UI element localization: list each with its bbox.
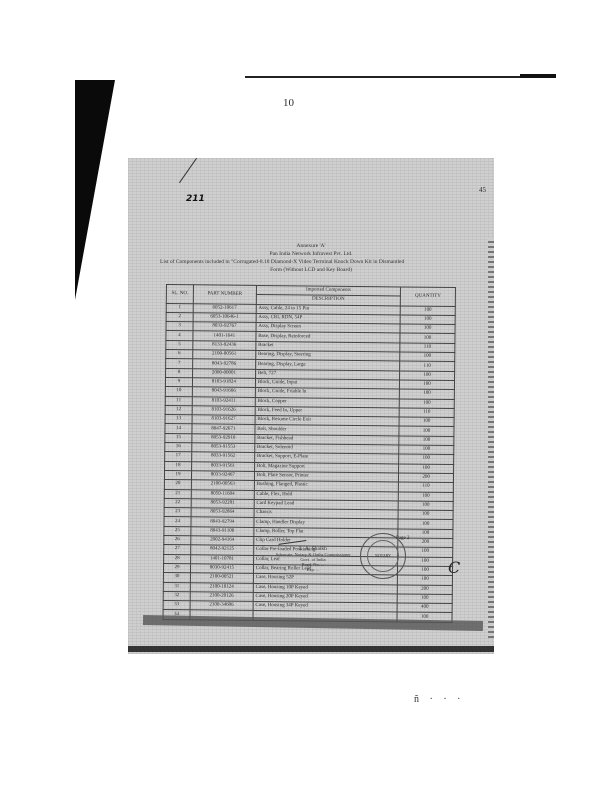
cell-sl-no: 10 [165, 387, 192, 397]
scan-edge-right [488, 238, 494, 638]
cell-sl-no: 16 [165, 443, 192, 453]
cell-sl-no: 19 [164, 470, 191, 480]
col-quantity: QUANTITY [400, 287, 455, 306]
cell-sl-no: 21 [164, 489, 191, 499]
scan-dark-corner [75, 80, 115, 300]
cell-sl-no: 2 [166, 312, 193, 322]
cell-sl-no: 7 [166, 359, 193, 369]
cell-quantity: 110 [400, 361, 455, 371]
cell-quantity: 200 [399, 473, 454, 483]
cell-sl-no: 25 [164, 526, 191, 536]
cell-sl-no: 4 [166, 331, 193, 341]
cell-quantity: 110 [398, 482, 453, 492]
cell-quantity: 100 [398, 491, 453, 501]
cell-sl-no: 27 [164, 545, 191, 555]
cell-quantity: 100 [400, 371, 455, 381]
handwritten-c: C [448, 558, 460, 577]
top-rule-thick [520, 74, 556, 78]
signatory-line-4: Exp. ... [268, 567, 358, 572]
cell-sl-no: 24 [164, 517, 191, 527]
cell-sl-no: 31 [163, 582, 190, 592]
notary-signature-block: L. A. Shaikh Advocate, Notary & Oaths Co… [268, 546, 358, 572]
scanned-annexure-page: 211 45 Annexure 'A' Pan India Network In… [128, 158, 494, 654]
cell-sl-no: 3 [166, 322, 193, 332]
cell-sl-no: 33 [163, 601, 190, 611]
cell-sl-no: 28 [164, 554, 191, 564]
footer-mark: ñ · · · [414, 694, 465, 705]
cell-quantity: 110 [399, 408, 454, 418]
cell-quantity: 100 [399, 389, 454, 399]
page-label: Page 2 [396, 536, 409, 541]
cell-sl-no: 29 [163, 563, 190, 573]
cell-quantity: 100 [399, 464, 454, 474]
col-part-number: PART NUMBER [193, 285, 256, 304]
list-title-sub: Form (Without LCD and Key Board) [128, 267, 494, 273]
cell-sl-no: 18 [165, 461, 192, 471]
cell-sl-no: 5 [166, 340, 193, 350]
company-name: Pan India Network Infravest Pvt. Ltd. [128, 251, 494, 257]
cell-sl-no: 11 [165, 396, 192, 406]
cell-sl-no: 12 [165, 405, 192, 415]
cell-quantity: 100 [400, 380, 455, 390]
cell-sl-no: 15 [165, 433, 192, 443]
cell-sl-no: 14 [165, 424, 192, 434]
cell-sl-no: 22 [164, 498, 191, 508]
cell-sl-no: 1 [166, 303, 193, 313]
annexure-title: Annexure 'A' [128, 243, 494, 249]
cell-sl-no: 20 [164, 480, 191, 490]
cell-sl-no: 23 [164, 508, 191, 518]
cell-sl-no: 26 [164, 536, 191, 546]
cell-sl-no: 13 [165, 415, 192, 425]
cell-sl-no: 8 [166, 368, 193, 378]
cell-sl-no: 6 [166, 350, 193, 360]
cell-quantity: 100 [399, 445, 454, 455]
list-title: List of Components included in "Corrugat… [140, 259, 510, 265]
corner-mark: 45 [479, 186, 486, 194]
cell-sl-no: 17 [165, 452, 192, 462]
cell-quantity: 100 [399, 436, 454, 446]
stamp-text: NOTARY [367, 540, 399, 572]
scan-edge-bottom [128, 646, 494, 652]
cell-quantity: 100 [399, 417, 454, 427]
handwritten-note: 211 [186, 194, 205, 204]
col-sl-no: SL. NO. [166, 285, 193, 304]
cell-sl-no: 9 [165, 377, 192, 387]
page-number: 10 [283, 97, 294, 109]
cell-quantity: 100 [399, 426, 454, 436]
cell-quantity: 100 [399, 454, 454, 464]
cell-quantity: 100 [399, 399, 454, 409]
handwritten-stroke [179, 158, 197, 183]
cell-sl-no: 32 [163, 591, 190, 601]
top-rule [245, 76, 555, 78]
cell-sl-no: 30 [163, 573, 190, 583]
